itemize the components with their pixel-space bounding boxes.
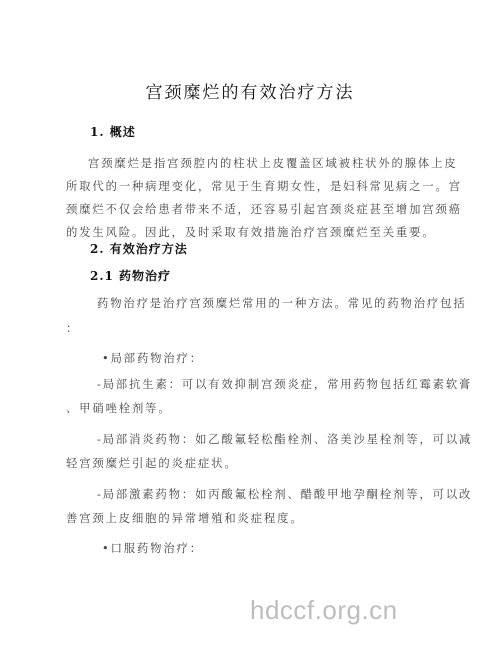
bullet-oral-treatment: •口服药物治疗： xyxy=(102,540,203,556)
list-item: 轻宫颈糜烂引起的炎症症状。 xyxy=(66,455,238,471)
list-item: -局部抗生素：可以有效抑制宫颈炎症，常用药物包括红霉素软膏 xyxy=(97,376,472,392)
list-item: 、甲硝唑栓剂等。 xyxy=(66,400,172,416)
paragraph-line: 颈糜烂不仅会给患者带来不适，还容易引起宫颈炎症甚至增加宫颈癌 xyxy=(66,201,462,217)
section-2-heading: 2. 有效治疗方法 xyxy=(90,240,188,257)
list-item: -局部消炎药物：如乙酸氟轻松酯栓剂、洛美沙星栓剂等，可以减 xyxy=(97,431,472,447)
paragraph-line: 的发生风险。因此，及时采取有效措施治疗宫颈糜烂至关重要。 xyxy=(66,224,436,240)
section-2-1-heading: 2.1 药物治疗 xyxy=(90,267,171,284)
document-title: 宫颈糜烂的有效治疗方法 xyxy=(0,78,500,103)
section-1-heading: 1. 概述 xyxy=(90,123,136,140)
paragraph-line: 宫颈糜烂是指宫颈腔内的柱状上皮覆盖区域被柱状外的腺体上皮 xyxy=(88,155,458,171)
paragraph-line: ： xyxy=(66,320,79,336)
bullet-local-treatment: •局部药物治疗： xyxy=(102,350,203,366)
paragraph-line: 药物治疗是治疗宫颈糜烂常用的一种方法。常见的药物治疗包括 xyxy=(97,295,467,311)
list-item: -局部激素药物：如丙酸氟松栓剂、醋酸甲地孕酮栓剂等，可以改 xyxy=(97,486,472,502)
list-item: 善宫颈上皮细胞的异常增殖和炎症程度。 xyxy=(66,510,304,526)
watermark: hdccf.org.cn xyxy=(250,595,398,626)
paragraph-line: 所取代的一种病理变化，常见于生育期女性，是妇科常见病之一。宫 xyxy=(66,178,462,194)
